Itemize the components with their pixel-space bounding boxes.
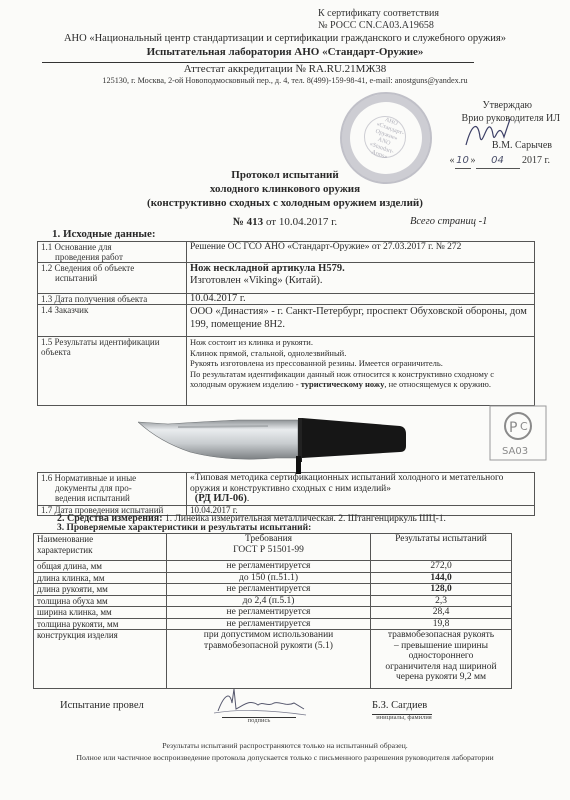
approval-day: 10 [455, 154, 471, 169]
characteristic-name: ширина клинка, мм [34, 607, 167, 619]
row-label: 1.2 Сведения об объекте испытаний [38, 263, 187, 294]
name-caption: инициалы, фамилия [372, 714, 436, 721]
row-label: 1.3 Дата получения объекта [38, 294, 187, 305]
organization-name: АНО «Национальный центр стандартизации и… [0, 33, 570, 44]
result-line: Нож состоит из клинка и рукояти. [190, 337, 531, 348]
row-label: 1.1 Основание для проведения работ [38, 242, 187, 263]
table-row: ширина клинка, ммне регламентируется28,4 [34, 607, 512, 619]
label-text: проведения работ [41, 252, 183, 262]
table-row: 1.1 Основание для проведения работ Решен… [38, 242, 535, 263]
title-line-2: холодного клинкового оружия [0, 182, 570, 196]
total-pages: Всего страниц -1 [410, 216, 487, 227]
characteristic-name: длина клинка, мм [34, 572, 167, 584]
row-label: 1.6 Нормативные и иные документы для про… [38, 473, 187, 506]
approval-year: 2017 г. [522, 155, 550, 166]
object-value: Нож нескладной артикула Н579. Изготовлен… [187, 263, 535, 294]
table-row: 1.4 Заказчик ООО «Династия» - г. Санкт-П… [38, 305, 535, 337]
results-body: общая длина, ммне регламентируется272,0д… [34, 561, 512, 689]
requirement-value: до 150 (п.51.1) [167, 572, 371, 584]
tester-signature-icon [210, 685, 310, 717]
footer-disclaimer-2: Полное или частичное воспроизведение про… [0, 753, 570, 762]
approver-name: В.М. Сарычев [492, 139, 552, 153]
label-text: Дата получения объекта [55, 294, 148, 304]
tester-label: Испытание провел [60, 700, 144, 711]
result-value: 2,3 [371, 595, 512, 607]
characteristic-name: конструкция изделия [34, 630, 167, 689]
table-row: 1.6 Нормативные и иные документы для про… [38, 473, 535, 506]
requirement-value: не регламентируется [167, 618, 371, 630]
certificate-number: № РОСС CN.CA03.A19658 [318, 20, 439, 32]
section-1-heading: 1. Исходные данные: [52, 228, 156, 240]
table-row: толщина обуха ммдо 2,4 (п.5.1)2,3 [34, 595, 512, 607]
label-text: Основание для [55, 242, 112, 252]
label-text: ведения испытаний [41, 493, 183, 503]
initial-data-table: 1.1 Основание для проведения работ Решен… [37, 241, 535, 516]
label-text: Сведения об объекте [55, 263, 135, 273]
approval-month: 04 [476, 154, 520, 169]
result-line: Клинок прямой, стальной, однолезвийный. [190, 348, 531, 359]
approval-date: «10»04 2017 г. [450, 154, 550, 169]
table-row: общая длина, ммне регламентируется272,0 [34, 561, 512, 573]
table-row: 1.5 Результаты идентификации объекта Нож… [38, 337, 535, 406]
row-number: 1.1 [41, 242, 52, 252]
signature-caption: подпись [222, 717, 296, 724]
table-row: 1.2 Сведения об объекте испытаний Нож не… [38, 263, 535, 294]
row-number: 1.6 [41, 473, 52, 483]
lab-address: 125130, г. Москва, 2-ой Новоподмосковный… [0, 76, 570, 85]
approval-title: Утверждаю [483, 99, 532, 113]
requirement-value: не регламентируется [167, 584, 371, 596]
header-text: ГОСТ Р 51501-99 [170, 545, 367, 556]
method-code: (РД ИЛ-06) [195, 493, 247, 504]
svg-text:P: P [509, 420, 517, 436]
requirement-value: при допустимом использовании травмобезоп… [167, 630, 371, 689]
header-characteristic: Наименованиехарактеристик [34, 534, 167, 561]
conclusion: По результатам идентификации данный нож … [190, 369, 531, 390]
characteristic-name: общая длина, мм [34, 561, 167, 573]
footer-disclaimer-1: Результаты испытаний распространяются то… [0, 741, 570, 750]
label-text: Результаты идентификации [55, 337, 160, 347]
product-name: Нож нескладной артикула Н579. [190, 263, 531, 275]
laboratory-name: Испытательная лаборатория АНО «Стандарт-… [0, 46, 570, 58]
characteristic-name: толщина рукояти, мм [34, 618, 167, 630]
accreditation-number: Аттестат аккредитации № RA.RU.21МЖ38 [0, 63, 570, 75]
row-number: 1.7 [41, 505, 52, 515]
conclusion-category: туристическому ножу [301, 379, 385, 389]
result-value: 28,4 [371, 607, 512, 619]
result-value: 19,8 [371, 618, 512, 630]
table-row: толщина рукояти, ммне регламентируется19… [34, 618, 512, 630]
characteristic-name: толщина обуха мм [34, 595, 167, 607]
result-line: Рукоять изготовлена из прессованной рези… [190, 358, 531, 369]
row-number: 1.3 [41, 294, 52, 304]
header-text: Требования [170, 534, 367, 545]
requirement-value: не регламентируется [167, 561, 371, 573]
normative-docs: «Типовая методика сертификационных испыт… [187, 473, 535, 506]
row-number: 1.5 [41, 337, 52, 347]
result-value: травмобезопасная рукоять – превышение ши… [371, 630, 512, 689]
requirement-value: не регламентируется [167, 607, 371, 619]
result-value: 128,0 [371, 584, 512, 596]
requirement-value: до 2,4 (п.5.1) [167, 595, 371, 607]
certificate-ref-line1: К сертификату соответствия [318, 8, 439, 20]
method-title: «Типовая методика сертификационных испыт… [190, 473, 503, 494]
header-results: Результаты испытаний [371, 534, 512, 561]
title-line-3: (конструктивно сходных с холодным оружие… [0, 196, 570, 210]
document-title: Протокол испытаний холодного клинкового … [0, 168, 570, 210]
punctuation: . [247, 494, 249, 504]
result-value: 272,0 [371, 561, 512, 573]
conclusion-text: , не относящемуся к оружию. [384, 379, 491, 389]
customer-value: ООО «Династия» - г. Санкт-Петербург, про… [187, 305, 535, 337]
manufacturer: Изготовлен «Viking» (Китай). [190, 275, 531, 287]
table-row: конструкция изделияпри допустимом исполь… [34, 630, 512, 689]
label-text: Нормативные и иные [55, 473, 137, 483]
row-label: 1.5 Результаты идентификации объекта [38, 337, 187, 406]
receipt-date: 10.04.2017 г. [187, 294, 535, 305]
basis-value: Решение ОС ГСО АНО «Стандарт-Оружие» от … [187, 242, 535, 263]
protocol-date: от 10.04.2017 г. [263, 216, 337, 228]
row-number: 1.2 [41, 263, 52, 273]
label-text: документы для про- [41, 483, 183, 493]
header-text: Наименование [37, 534, 163, 545]
label-text: Заказчик [55, 305, 89, 315]
certificate-reference: К сертификату соответствия № РОСС CN.CA0… [318, 8, 439, 32]
result-value: 144,0 [371, 572, 512, 584]
label-text: испытаний [41, 273, 183, 283]
identification-results: Нож состоит из клинка и рукояти. Клинок … [187, 337, 535, 406]
table-row: длина клинка, ммдо 150 (п.51.1)144,0 [34, 572, 512, 584]
section-3-heading: 3. Проверяемые характеристики и результа… [57, 523, 311, 533]
results-table: Наименованиехарактеристик ТребованияГОСТ… [33, 533, 512, 689]
tester-name: Б.З. Сагдиев [372, 700, 427, 711]
protocol-number: № 413 [233, 216, 263, 228]
title-line-1: Протокол испытаний [0, 168, 570, 182]
header-requirements: ТребованияГОСТ Р 51501-99 [167, 534, 371, 561]
knife-photo-icon [138, 418, 408, 474]
characteristic-name: длина рукояти, мм [34, 584, 167, 596]
header-text: характеристик [37, 545, 163, 556]
svg-text:C: C [520, 420, 528, 433]
rst-certification-mark-icon: P C SA03 [488, 404, 548, 462]
row-label: 1.4 Заказчик [38, 305, 187, 337]
table-row: длина рукояти, ммне регламентируется128,… [34, 584, 512, 596]
row-number: 1.4 [41, 305, 52, 315]
label-text: объекта [41, 347, 183, 357]
table-row: 1.3 Дата получения объекта 10.04.2017 г. [38, 294, 535, 305]
table-header-row: Наименованиехарактеристик ТребованияГОСТ… [34, 534, 512, 561]
svg-text:SA03: SA03 [502, 446, 528, 457]
